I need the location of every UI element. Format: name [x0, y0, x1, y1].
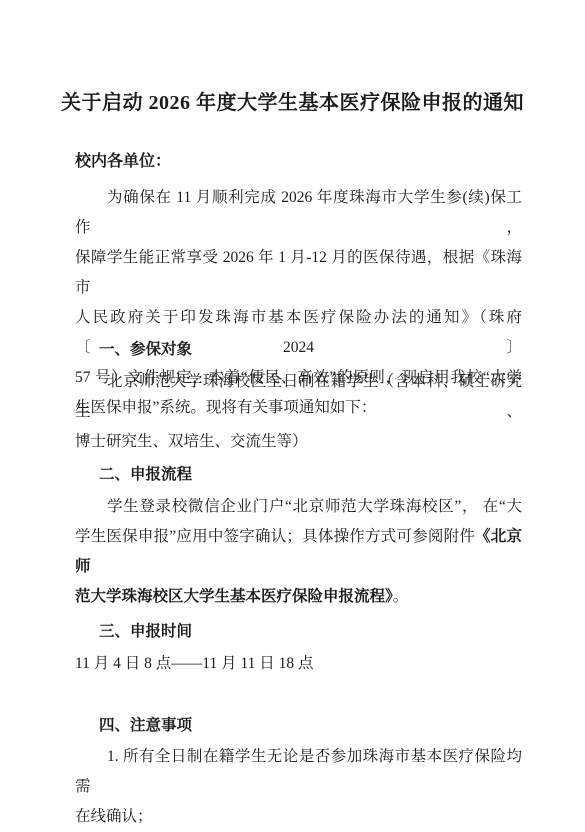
section2-line-3-attachment-title-end: 范大学珠海校区大学生基本医疗保险申报流程》	[75, 588, 393, 605]
salutation-line: 校内各单位：	[75, 147, 522, 177]
intro-line-2: 保障学生能正常享受 2026 年 1 月-12 月的医保待遇，根据《珠海市	[75, 243, 522, 303]
document-title: 关于启动 2026 年度大学生基本医疗保险申报的通知	[0, 90, 585, 116]
notice-document-page: 关于启动 2026 年度大学生基本医疗保险申报的通知 校内各单位： 为确保在 1…	[0, 0, 585, 832]
section3-line-1: 11 月 4 日 8 点——11 月 11 日 18 点	[75, 649, 522, 679]
section2-line-3: 范大学珠海校区大学生基本医疗保险申报流程》。	[75, 582, 522, 612]
section2-line-1: 学生登录校微信企业门户“北京师范大学珠海校区”， 在“大	[75, 492, 522, 522]
section1-paragraph: 北京师范大学珠海校区全日制在籍学生（含本科、硕士研究生、 博士研究生、双培生、交…	[75, 367, 522, 457]
section2-heading: 二、申报流程	[75, 460, 546, 490]
section1-heading: 一、参保对象	[75, 335, 546, 365]
section4-line-2: 在线确认；	[75, 802, 522, 832]
section4-paragraph: 1. 所有全日制在籍学生无论是否参加珠海市基本医疗保险均需 在线确认；	[75, 742, 522, 832]
section4-heading: 四、注意事项	[75, 711, 546, 741]
section2-line-3-period: 。	[393, 588, 409, 605]
section2-line-2: 学生医保申报”应用中签字确认；具体操作方式可参阅附件《北京师	[75, 522, 522, 582]
section3-paragraph: 11 月 4 日 8 点——11 月 11 日 18 点	[75, 649, 522, 679]
section4-line-1: 1. 所有全日制在籍学生无论是否参加珠海市基本医疗保险均需	[75, 742, 522, 802]
section1-line-2: 博士研究生、双培生、交流生等）	[75, 427, 522, 457]
section3-heading: 三、申报时间	[75, 617, 546, 647]
intro-line-1: 为确保在 11 月顺利完成 2026 年度珠海市大学生参(续)保工作，	[75, 183, 522, 243]
section1-line-1: 北京师范大学珠海校区全日制在籍学生（含本科、硕士研究生、	[75, 367, 522, 427]
section2-paragraph: 学生登录校微信企业门户“北京师范大学珠海校区”， 在“大 学生医保申报”应用中签…	[75, 492, 522, 612]
section2-line-2-regular-text: 学生医保申报”应用中签字确认；具体操作方式可参阅附件	[75, 528, 475, 545]
